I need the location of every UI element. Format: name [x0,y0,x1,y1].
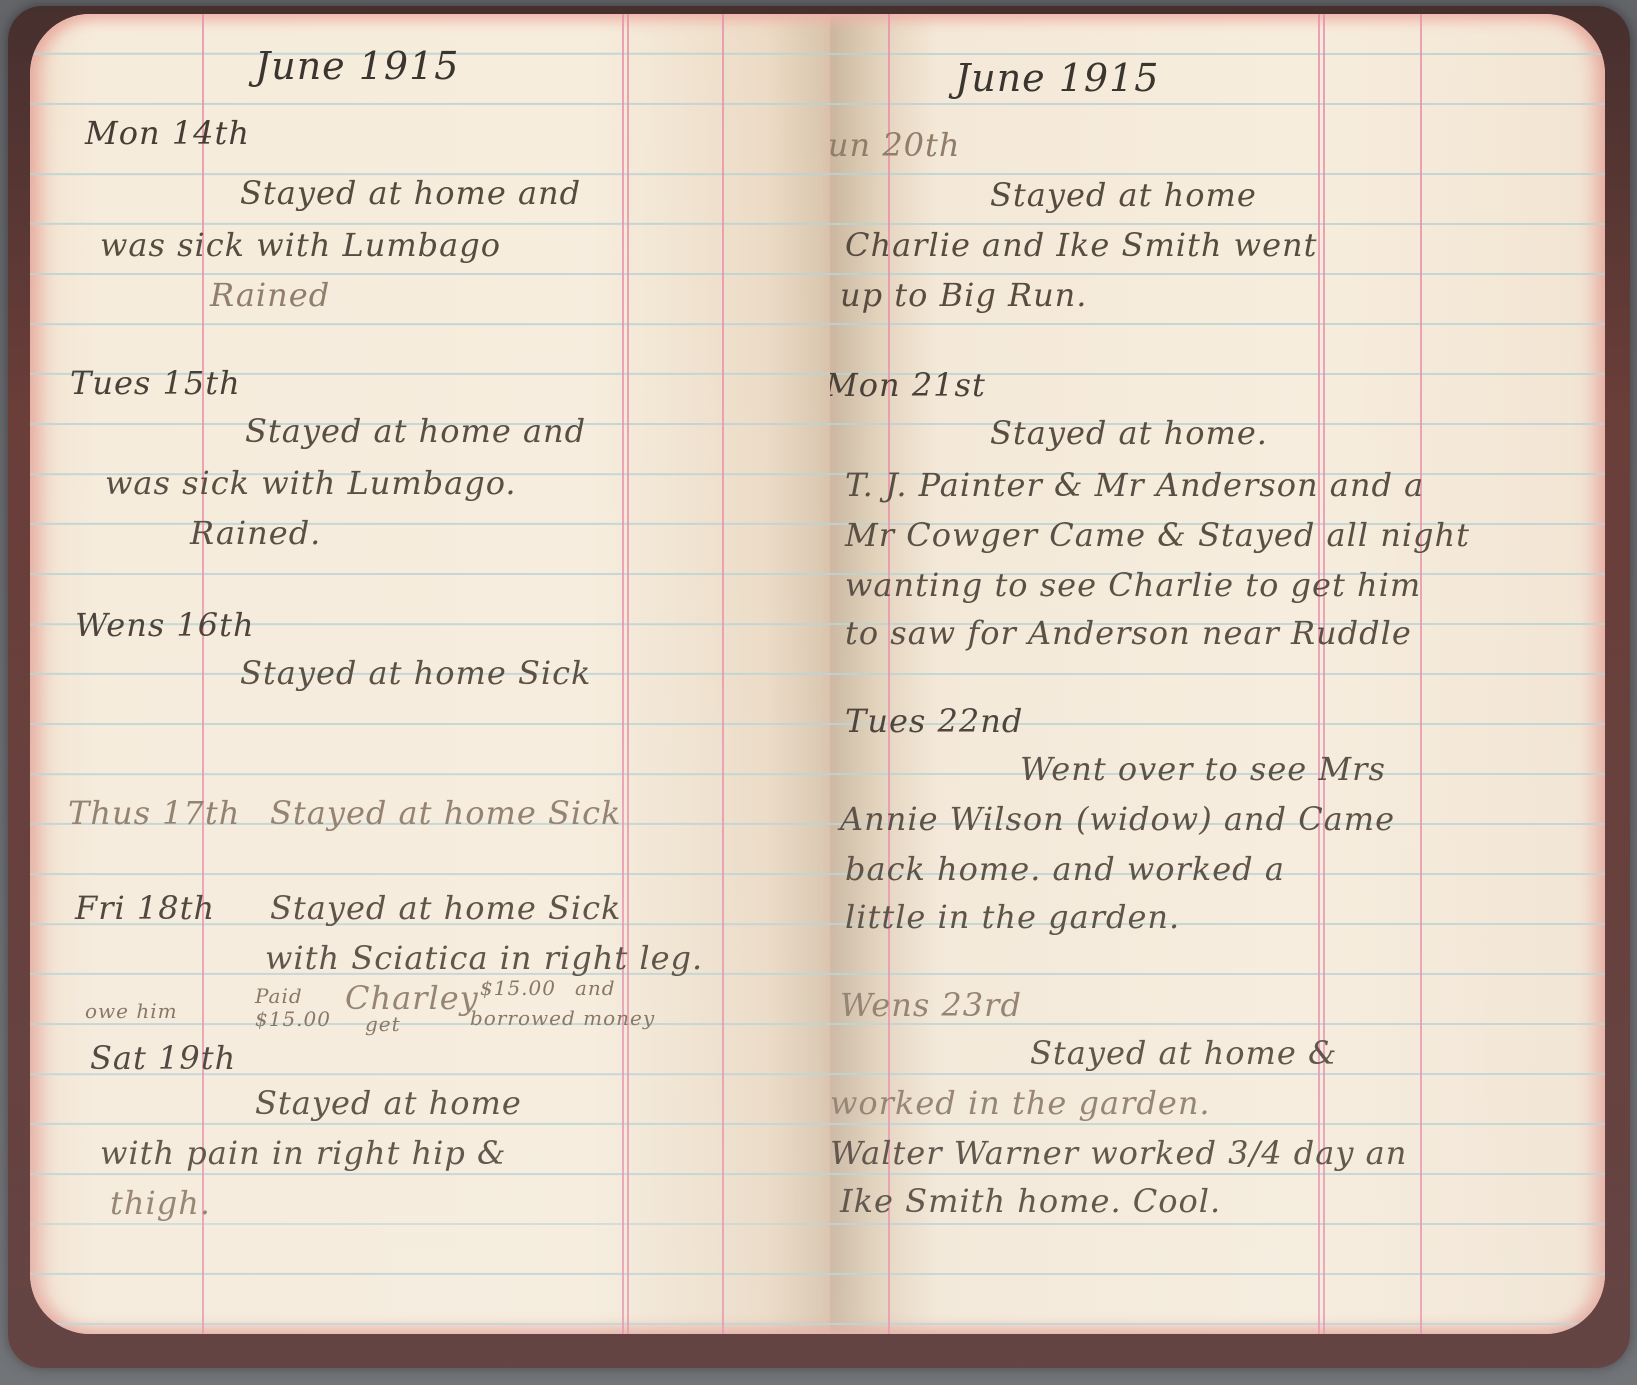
entry-line: Stayed at home Sick [240,654,591,692]
entry-line: thigh. [110,1184,211,1222]
left-page: June 1915 Mon 14th Stayed at home and wa… [30,14,830,1334]
entry-line: Stayed at home & [1030,1034,1337,1072]
entry-date: Wens 23rd [840,986,1022,1024]
entry-date: Tues 15th [70,364,241,402]
page-header: June 1915 [255,44,459,88]
note-text: owe him [85,999,178,1023]
entry-line: little in the garden. [845,898,1180,936]
entry-line: Rained. [190,514,321,552]
entry-date: Tues 22nd [845,702,1023,740]
entry-line: Annie Wilson (widow) and Came [840,800,1395,838]
entry-line: up to Big Run. [840,276,1087,314]
entry-date: Mon 14th [85,114,250,152]
margin-line [627,14,629,1334]
entry-line: worked in the garden. [830,1084,1211,1122]
entry-line: Stayed at home [990,176,1257,214]
note-text: get [365,1012,401,1036]
entry-date: Sun 20th [830,126,961,164]
entry-line: Ike Smith home. Cool. [840,1182,1221,1220]
entry-line: Rained [210,276,330,314]
entry-line: Stayed at home and [240,174,581,212]
entry-line: Charlie and Ike Smith went [845,226,1317,264]
entry-line: Stayed at home and [245,412,586,450]
note-text: and [575,976,616,1000]
entry-line: Stayed at home Sick [270,889,621,927]
entry-line: Stayed at home Sick [270,794,621,832]
right-page: June 1915 Sun 20th Stayed at home Charli… [830,14,1605,1334]
entry-line: Stayed at home. [990,414,1268,452]
entry-line: back home. and worked a [845,850,1285,888]
entry-date: Wens 16th [75,606,255,644]
entry-date: Fri 18th [75,889,215,927]
entry-line: T. J. Painter & Mr Anderson and a [845,466,1424,504]
margin-line [1420,14,1422,1334]
page-header: June 1915 [955,56,1159,100]
note-text: Paid [255,984,303,1008]
entry-date: Mon 21st [830,366,986,404]
entry-line: Went over to see Mrs [1020,750,1386,788]
entry-date: Thus 17th [68,794,240,832]
entry-line: wanting to see Charlie to get him [845,566,1421,604]
entry-line: with Sciatica in right leg. [265,939,703,977]
entry-line: to saw for Anderson near Ruddle [845,614,1412,652]
note-text: borrowed money [470,1006,655,1030]
entry-line: with pain in right hip & [100,1134,507,1172]
margin-line [622,14,624,1334]
note-text: $15.00 [255,1007,331,1031]
entry-line: Mr Cowger Came & Stayed all night [845,516,1470,554]
entry-date: Sat 19th [90,1039,236,1077]
entry-line: Stayed at home [255,1084,522,1122]
entry-line: Walter Warner worked 3/4 day an [830,1134,1407,1172]
margin-line [722,14,724,1334]
note-text: $15.00 [480,976,556,1000]
entry-line: was sick with Lumbago. [105,464,517,502]
entry-line: was sick with Lumbago [100,226,501,264]
